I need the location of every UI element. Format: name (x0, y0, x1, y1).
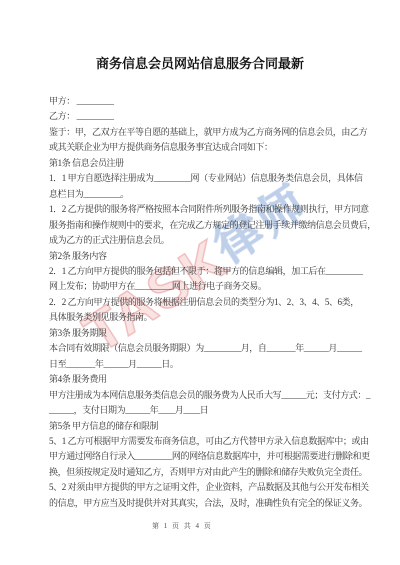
doc-line: 服务指南和操作规则中的要求，在完成乙方规定的登记注册手续并缴纳信息会员费后， (49, 218, 379, 233)
doc-line: 第1条 信息会员注册 (49, 156, 379, 171)
doc-line: 具体服务类别见服务指南。 (49, 310, 379, 325)
doc-line: 2．2 乙方向甲方提供的服务将根据注册信息会员的类型分为1、2、3、4、5、6类… (49, 295, 379, 310)
doc-line: 的信息，甲方应当及时提供并对其真实，合法，及时，准确性负有完全的保证义务。 (49, 496, 379, 511)
contract-page: TASK律师 商务信息会员网站信息服务合同最新 甲方： _________乙方：… (0, 0, 400, 565)
doc-line: 换，但须按规定及时通知乙方，否则甲方对由此产生的删除和储存失败负完全责任。 (49, 465, 379, 480)
doc-line: 2．1 乙方向甲方提供的服务包括但不限于：将甲方的信息编辑，加工后在______… (49, 264, 379, 279)
doc-line: 或其关联企业为甲方提供商务信息服务事宜达成合同如下： (49, 140, 379, 155)
doc-line: 日至_______年______月______日。 (49, 357, 379, 372)
doc-line: 第4条 服务费用 (49, 372, 379, 387)
doc-line: 成为乙方的正式注册信息会员。 (49, 233, 379, 248)
doc-line: ______，支付日期为______年____月____日 (49, 403, 379, 418)
doc-line: 甲方： _________ (49, 94, 379, 109)
doc-line: 甲方注册成为本网信息服务类信息会员的服务费为人民币大写______元；支付方式：… (49, 388, 379, 403)
doc-line: 第3条 服务期限 (49, 326, 379, 341)
doc-line: 第5条 甲方信息的储存和限制 (49, 419, 379, 434)
doc-line: 鉴于：甲，乙双方在平等自愿的基础上，就甲方成为乙方商务网的信息会员，由乙方 (49, 125, 379, 140)
doc-line: 甲方通过网络自行录入_________网的网络信息数据库中，并可根据需要进行删除… (49, 449, 379, 464)
page-footer: 第 1 页 共 4 页 (152, 521, 212, 531)
doc-line: 5、1 乙方可根据甲方需要发布商务信息，可由乙方代替甲方录入信息数据库中；或由 (49, 434, 379, 449)
contract-body: 甲方： _________乙方： _________鉴于：甲，乙双方在平等自愿的… (49, 94, 379, 511)
doc-line: 本合同有效期限（信息会员服务期限）为_________月，自_______年__… (49, 341, 379, 356)
doc-line: 5、2 对须由甲方提供的甲方之证明文件，企业资料，产品数据及其他与公开发布相关 (49, 480, 379, 495)
doc-line: 第2条 服务内容 (49, 249, 379, 264)
document-title: 商务信息会员网站信息服务合同最新 (0, 56, 400, 71)
doc-line: 1．1 甲方自愿选择注册成为_________网（专业网站）信息服务类信息会员，… (49, 171, 379, 186)
doc-line: 乙方： _________ (49, 109, 379, 124)
doc-line: 1．2 乙方提供的服务将严格按照本合同附件所列服务指南和操作规则执行，甲方同意 (49, 202, 379, 217)
doc-line: 息栏目为_________。 (49, 187, 379, 202)
doc-line: 网上发布；协助甲方在_________网上进行电子商务交易。 (49, 279, 379, 294)
